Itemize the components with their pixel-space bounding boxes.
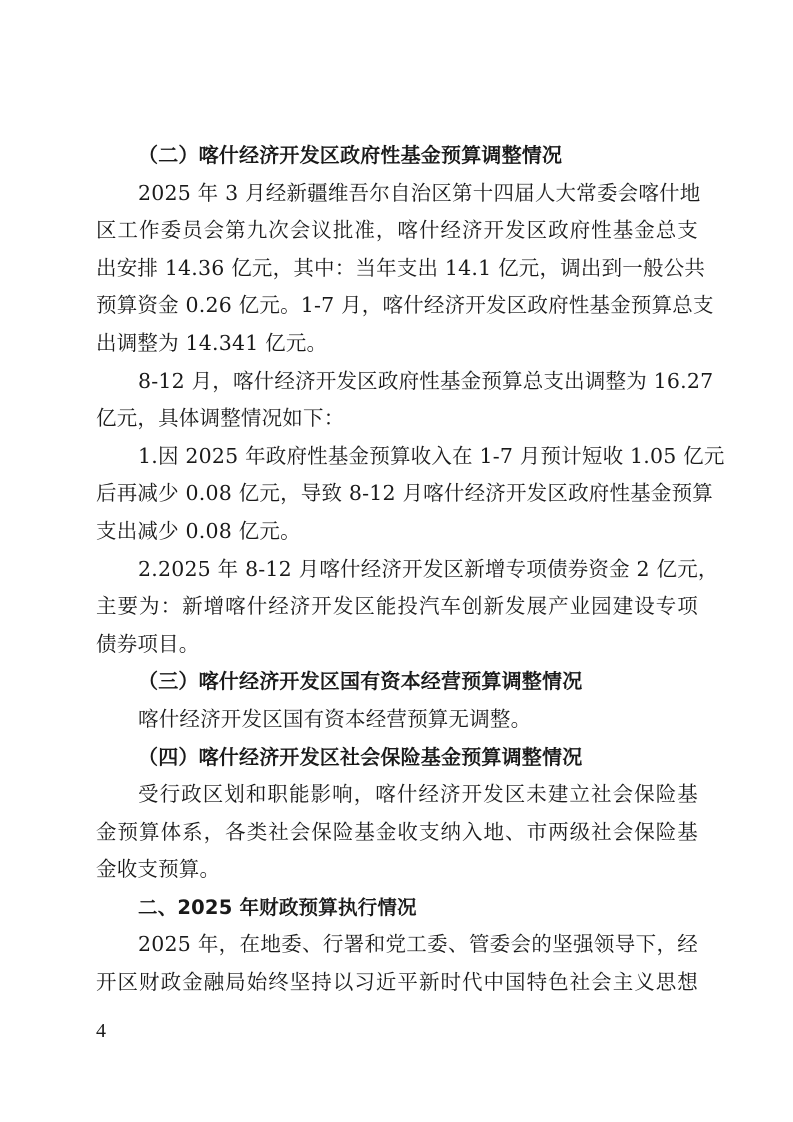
list-item-1-line: 支出减少 0.08 亿元。 bbox=[96, 513, 698, 551]
paragraph-line: 开区财政金融局始终坚持以习近平新时代中国特色社会主义思想 bbox=[96, 964, 698, 1002]
paragraph-line: 喀什经济开发区国有资本经营预算无调整。 bbox=[96, 701, 698, 739]
section-heading-government-fund: （二）喀什经济开发区政府性基金预算调整情况 bbox=[96, 137, 698, 175]
list-item-1-line: 后再减少 0.08 亿元，导致 8-12 月喀什经济开发区政府性基金预算 bbox=[96, 475, 698, 513]
paragraph-line: 出安排 14.36 亿元，其中：当年支出 14.1 亿元，调出到一般公共 bbox=[96, 250, 698, 288]
paragraph-line: 金收支预算。 bbox=[96, 851, 698, 889]
paragraph-line: 8-12 月，喀什经济开发区政府性基金预算总支出调整为 16.27 bbox=[96, 363, 698, 401]
document-page: （二）喀什经济开发区政府性基金预算调整情况 2025 年 3 月经新疆维吾尔自治… bbox=[96, 137, 698, 1002]
paragraph-line: 出调整为 14.341 亿元。 bbox=[96, 325, 698, 363]
paragraph-line: 受行政区划和职能影响，喀什经济开发区未建立社会保险基 bbox=[96, 776, 698, 814]
paragraph-line: 亿元，具体调整情况如下： bbox=[96, 400, 698, 438]
list-item-1-line: 1.因 2025 年政府性基金预算收入在 1-7 月预计短收 1.05 亿元 bbox=[96, 438, 698, 476]
section-heading-state-capital: （三）喀什经济开发区国有资本经营预算调整情况 bbox=[96, 663, 698, 701]
section-heading-social-insurance: （四）喀什经济开发区社会保险基金预算调整情况 bbox=[96, 739, 698, 777]
paragraph-line: 预算资金 0.26 亿元。1-7 月，喀什经济开发区政府性基金预算总支 bbox=[96, 287, 698, 325]
paragraph-line: 金预算体系，各类社会保险基金收支纳入地、市两级社会保险基 bbox=[96, 814, 698, 852]
paragraph-line: 2025 年，在地委、行署和党工委、管委会的坚强领导下，经 bbox=[96, 926, 698, 964]
list-item-2-line: 2.2025 年 8-12 月喀什经济开发区新增专项债券资金 2 亿元， bbox=[96, 551, 698, 589]
list-item-2-line: 债券项目。 bbox=[96, 626, 698, 664]
paragraph-line: 2025 年 3 月经新疆维吾尔自治区第十四届人大常委会喀什地 bbox=[96, 175, 698, 213]
paragraph-line: 区工作委员会第九次会议批准，喀什经济开发区政府性基金总支 bbox=[96, 212, 698, 250]
page-number: 4 bbox=[96, 1020, 106, 1043]
list-item-2-line: 主要为：新增喀什经济开发区能投汽车创新发展产业园建设专项 bbox=[96, 588, 698, 626]
chapter-heading-budget-execution: 二、2025 年财政预算执行情况 bbox=[96, 889, 698, 927]
